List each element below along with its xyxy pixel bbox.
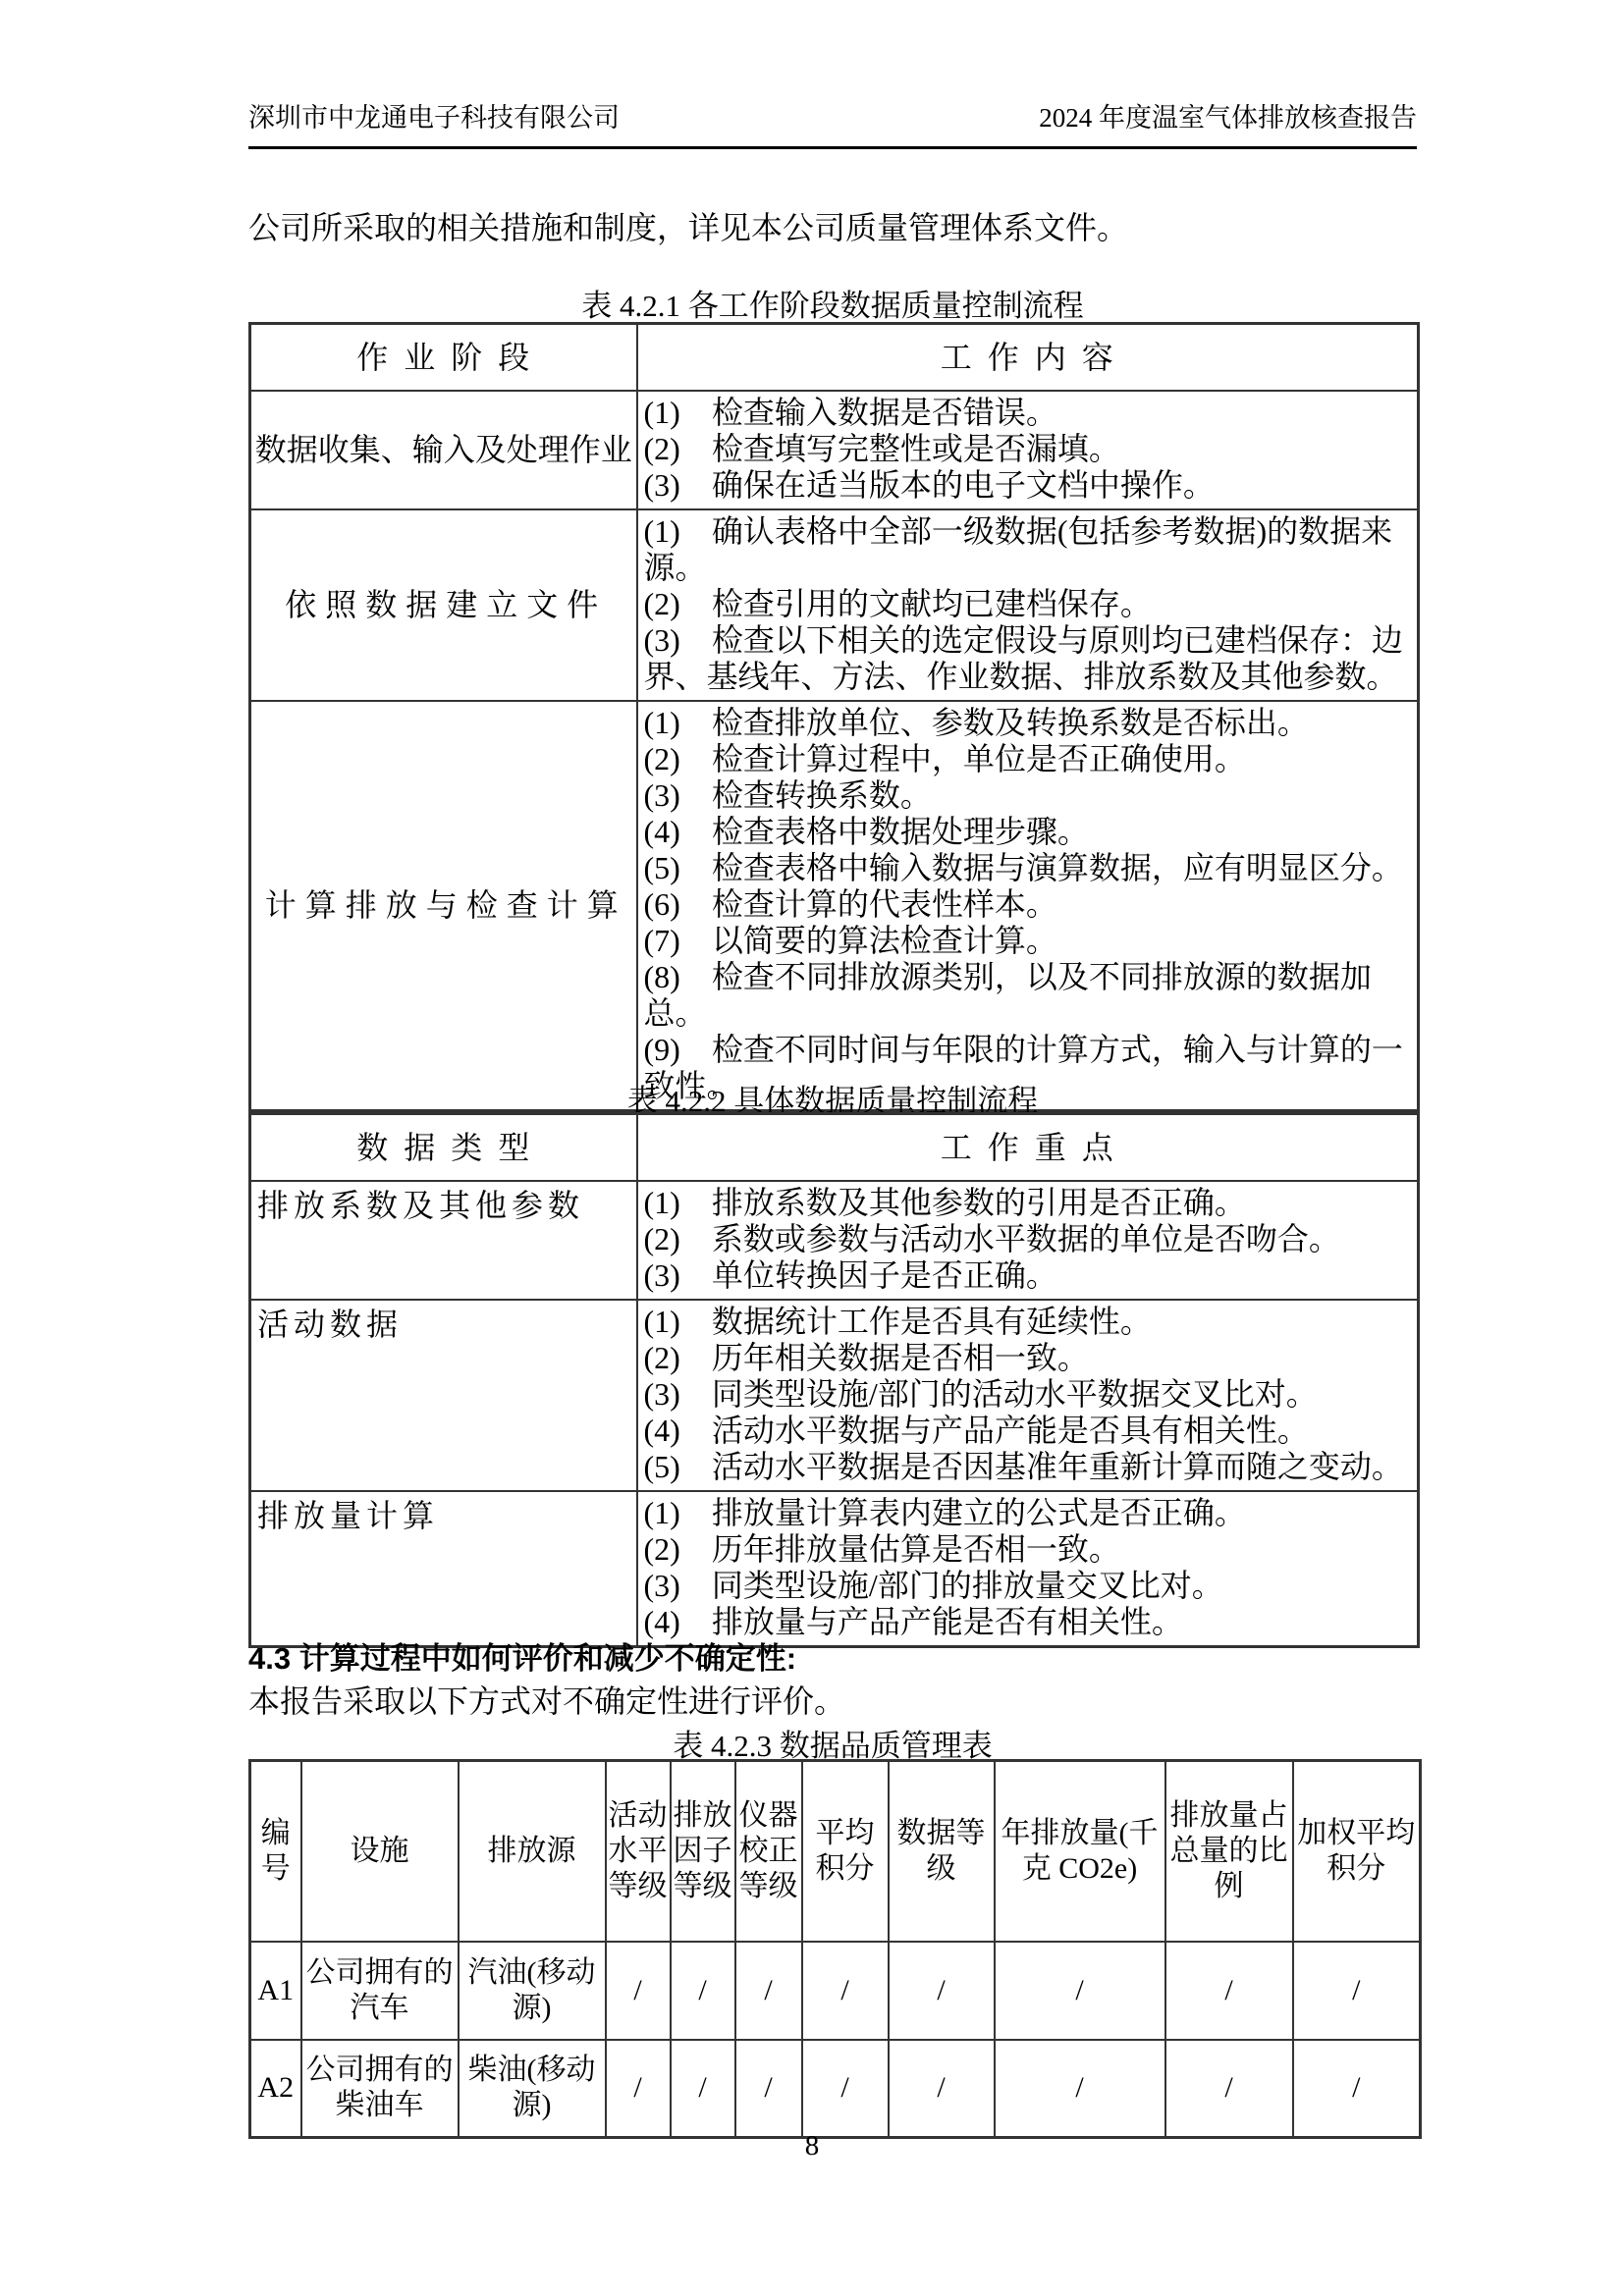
checklist-item: (5) 检查表格中输入数据与演算数据，应有明显区分。 [644,850,1414,886]
page-header: 深圳市中龙通电子科技有限公司 2024 年度温室气体排放核查报告 [248,96,1417,149]
checklist-item: (4) 检查表格中数据处理步骤。 [644,814,1414,850]
grid-cell: 公司拥有的柴油车 [301,2040,459,2138]
category-cell: 排放量计算 [250,1491,637,1647]
grid-cell: / [1293,2040,1421,2138]
checklist-cell: (1) 确认表格中全部一级数据(包括参考数据)的数据来源。(2) 检查引用的文献… [637,509,1419,701]
table-421-caption: 表 4.2.1 各工作阶段数据质量控制流程 [248,281,1417,325]
checklist-item: (2) 系数或参数与活动水平数据的单位是否吻合。 [644,1221,1414,1257]
document-page: 深圳市中龙通电子科技有限公司 2024 年度温室气体排放核查报告 公司所采取的相… [0,0,1624,2296]
grid-cell: 公司拥有的汽车 [301,1942,459,2040]
table-421: 作业阶段 工作内容 数据收集、输入及处理作业(1) 检查输入数据是否错误。(2)… [248,322,1420,1112]
category-cell: 依照数据建立文件 [250,509,637,701]
section-43-heading: 4.3 计算过程中如何评价和减少不确定性: [248,1633,796,1678]
grid-cell: / [735,1942,802,2040]
checklist-item: (1) 排放系数及其他参数的引用是否正确。 [644,1185,1414,1221]
checklist-cell: (1) 检查输入数据是否错误。(2) 检查填写完整性或是否漏填。(3) 确保在适… [637,391,1419,509]
table-row: 排放系数及其他参数(1) 排放系数及其他参数的引用是否正确。(2) 系数或参数与… [250,1181,1419,1300]
table-header-row: 编号设施排放源活动水平等级排放因子等级仪器校正等级平均积分数据等级年排放量(千克… [250,1761,1421,1942]
table-header-row: 作业阶段 工作内容 [250,324,1419,392]
table-row: 依照数据建立文件(1) 确认表格中全部一级数据(包括参考数据)的数据来源。(2)… [250,509,1419,701]
grid-cell: / [1293,1942,1421,2040]
table-row: 计算排放与检查计算(1) 检查排放单位、参数及转换系数是否标出。(2) 检查计算… [250,701,1419,1111]
checklist-item: (3) 同类型设施/部门的排放量交叉比对。 [644,1568,1414,1604]
table-row: A2公司拥有的柴油车柴油(移动源)//////// [250,2040,1421,2138]
table-row: 排放量计算(1) 排放量计算表内建立的公式是否正确。(2) 历年排放量估算是否相… [250,1491,1419,1647]
checklist-cell: (1) 检查排放单位、参数及转换系数是否标出。(2) 检查计算过程中，单位是否正… [637,701,1419,1111]
checklist-cell: (1) 排放系数及其他参数的引用是否正确。(2) 系数或参数与活动水平数据的单位… [637,1181,1419,1300]
checklist-item: (6) 检查计算的代表性样本。 [644,886,1414,923]
column-header-data-type: 数据类型 [250,1114,637,1182]
intro-paragraph: 公司所采取的相关措施和制度，详见本公司质量管理体系文件。 [248,208,1128,247]
checklist-item: (2) 检查填写完整性或是否漏填。 [644,431,1414,467]
checklist-item: (7) 以简要的算法检查计算。 [644,923,1414,959]
grid-cell: / [1165,1942,1293,2040]
checklist-item: (1) 检查排放单位、参数及转换系数是否标出。 [644,705,1414,741]
column-header: 设施 [301,1761,459,1942]
section-43-body: 本报告采取以下方式对不确定性进行评价。 [248,1677,845,1722]
grid-cell: / [802,2040,889,2138]
checklist-item: (2) 历年相关数据是否相一致。 [644,1340,1414,1376]
header-company-name: 深圳市中龙通电子科技有限公司 [248,96,620,134]
checklist-item: (1) 确认表格中全部一级数据(包括参考数据)的数据来源。 [644,513,1414,586]
checklist-item: (8) 检查不同排放源类别，以及不同排放源的数据加总。 [644,959,1414,1032]
grid-cell: A1 [250,1942,301,2040]
category-cell: 活动数据 [250,1300,637,1491]
checklist-cell: (1) 数据统计工作是否具有延续性。(2) 历年相关数据是否相一致。(3) 同类… [637,1300,1419,1491]
grid-cell: 柴油(移动源) [459,2040,606,2138]
column-header: 平均积分 [802,1761,889,1942]
column-header: 排放源 [459,1761,606,1942]
checklist-item: (2) 检查引用的文献均已建档保存。 [644,586,1414,622]
grid-cell: / [995,2040,1165,2138]
column-header-focus: 工作重点 [637,1114,1419,1182]
header-report-title: 2024 年度温室气体排放核查报告 [1039,96,1417,134]
checklist-item: (2) 检查计算过程中，单位是否正确使用。 [644,741,1414,777]
category-cell: 计算排放与检查计算 [250,701,637,1111]
table-row: 数据收集、输入及处理作业(1) 检查输入数据是否错误。(2) 检查填写完整性或是… [250,391,1419,509]
table-423-head: 编号设施排放源活动水平等级排放因子等级仪器校正等级平均积分数据等级年排放量(千克… [250,1761,1421,1942]
page-number: 8 [0,2130,1624,2163]
grid-cell: / [889,2040,995,2138]
column-header: 仪器校正等级 [735,1761,802,1942]
column-header: 活动水平等级 [606,1761,671,1942]
grid-cell: / [1165,2040,1293,2138]
checklist-item: (3) 单位转换因子是否正确。 [644,1257,1414,1294]
checklist-item: (3) 检查以下相关的选定假设与原则均已建档保存：边界、基线年、方法、作业数据、… [644,622,1414,695]
checklist-item: (1) 检查输入数据是否错误。 [644,395,1414,431]
grid-cell: / [995,1942,1165,2040]
column-header: 排放因子等级 [671,1761,735,1942]
table-row: 活动数据(1) 数据统计工作是否具有延续性。(2) 历年相关数据是否相一致。(3… [250,1300,1419,1491]
grid-cell: / [735,2040,802,2138]
checklist-item: (5) 活动水平数据是否因基准年重新计算而随之变动。 [644,1449,1414,1485]
column-header: 编号 [250,1761,301,1942]
table-422: 数据类型 工作重点 排放系数及其他参数(1) 排放系数及其他参数的引用是否正确。… [248,1112,1420,1648]
column-header-content: 工作内容 [637,324,1419,392]
grid-cell: / [802,1942,889,2040]
checklist-item: (3) 检查转换系数。 [644,777,1414,814]
column-header: 排放量占总量的比例 [1165,1761,1293,1942]
table-423-body: A1公司拥有的汽车汽油(移动源)////////A2公司拥有的柴油车柴油(移动源… [250,1942,1421,2138]
table-421-body: 数据收集、输入及处理作业(1) 检查输入数据是否错误。(2) 检查填写完整性或是… [250,391,1419,1111]
table-row: A1公司拥有的汽车汽油(移动源)//////// [250,1942,1421,2040]
table-header-row: 数据类型 工作重点 [250,1114,1419,1182]
grid-cell: A2 [250,2040,301,2138]
grid-cell: / [671,1942,735,2040]
column-header: 加权平均积分 [1293,1761,1421,1942]
checklist-item: (4) 活动水平数据与产品产能是否具有相关性。 [644,1413,1414,1449]
column-header: 年排放量(千克 CO2e) [995,1761,1165,1942]
grid-cell: 汽油(移动源) [459,1942,606,2040]
table-423: 编号设施排放源活动水平等级排放因子等级仪器校正等级平均积分数据等级年排放量(千克… [248,1759,1422,2139]
checklist-item: (1) 数据统计工作是否具有延续性。 [644,1304,1414,1340]
checklist-item: (2) 历年排放量估算是否相一致。 [644,1531,1414,1568]
grid-cell: / [606,1942,671,2040]
checklist-item: (3) 确保在适当版本的电子文档中操作。 [644,467,1414,504]
column-header: 数据等级 [889,1761,995,1942]
category-cell: 排放系数及其他参数 [250,1181,637,1300]
grid-cell: / [671,2040,735,2138]
column-header-stage: 作业阶段 [250,324,637,392]
table-422-body: 排放系数及其他参数(1) 排放系数及其他参数的引用是否正确。(2) 系数或参数与… [250,1181,1419,1647]
grid-cell: / [889,1942,995,2040]
checklist-item: (1) 排放量计算表内建立的公式是否正确。 [644,1495,1414,1531]
checklist-cell: (1) 排放量计算表内建立的公式是否正确。(2) 历年排放量估算是否相一致。(3… [637,1491,1419,1647]
grid-cell: / [606,2040,671,2138]
category-cell: 数据收集、输入及处理作业 [250,391,637,509]
checklist-item: (3) 同类型设施/部门的活动水平数据交叉比对。 [644,1376,1414,1413]
